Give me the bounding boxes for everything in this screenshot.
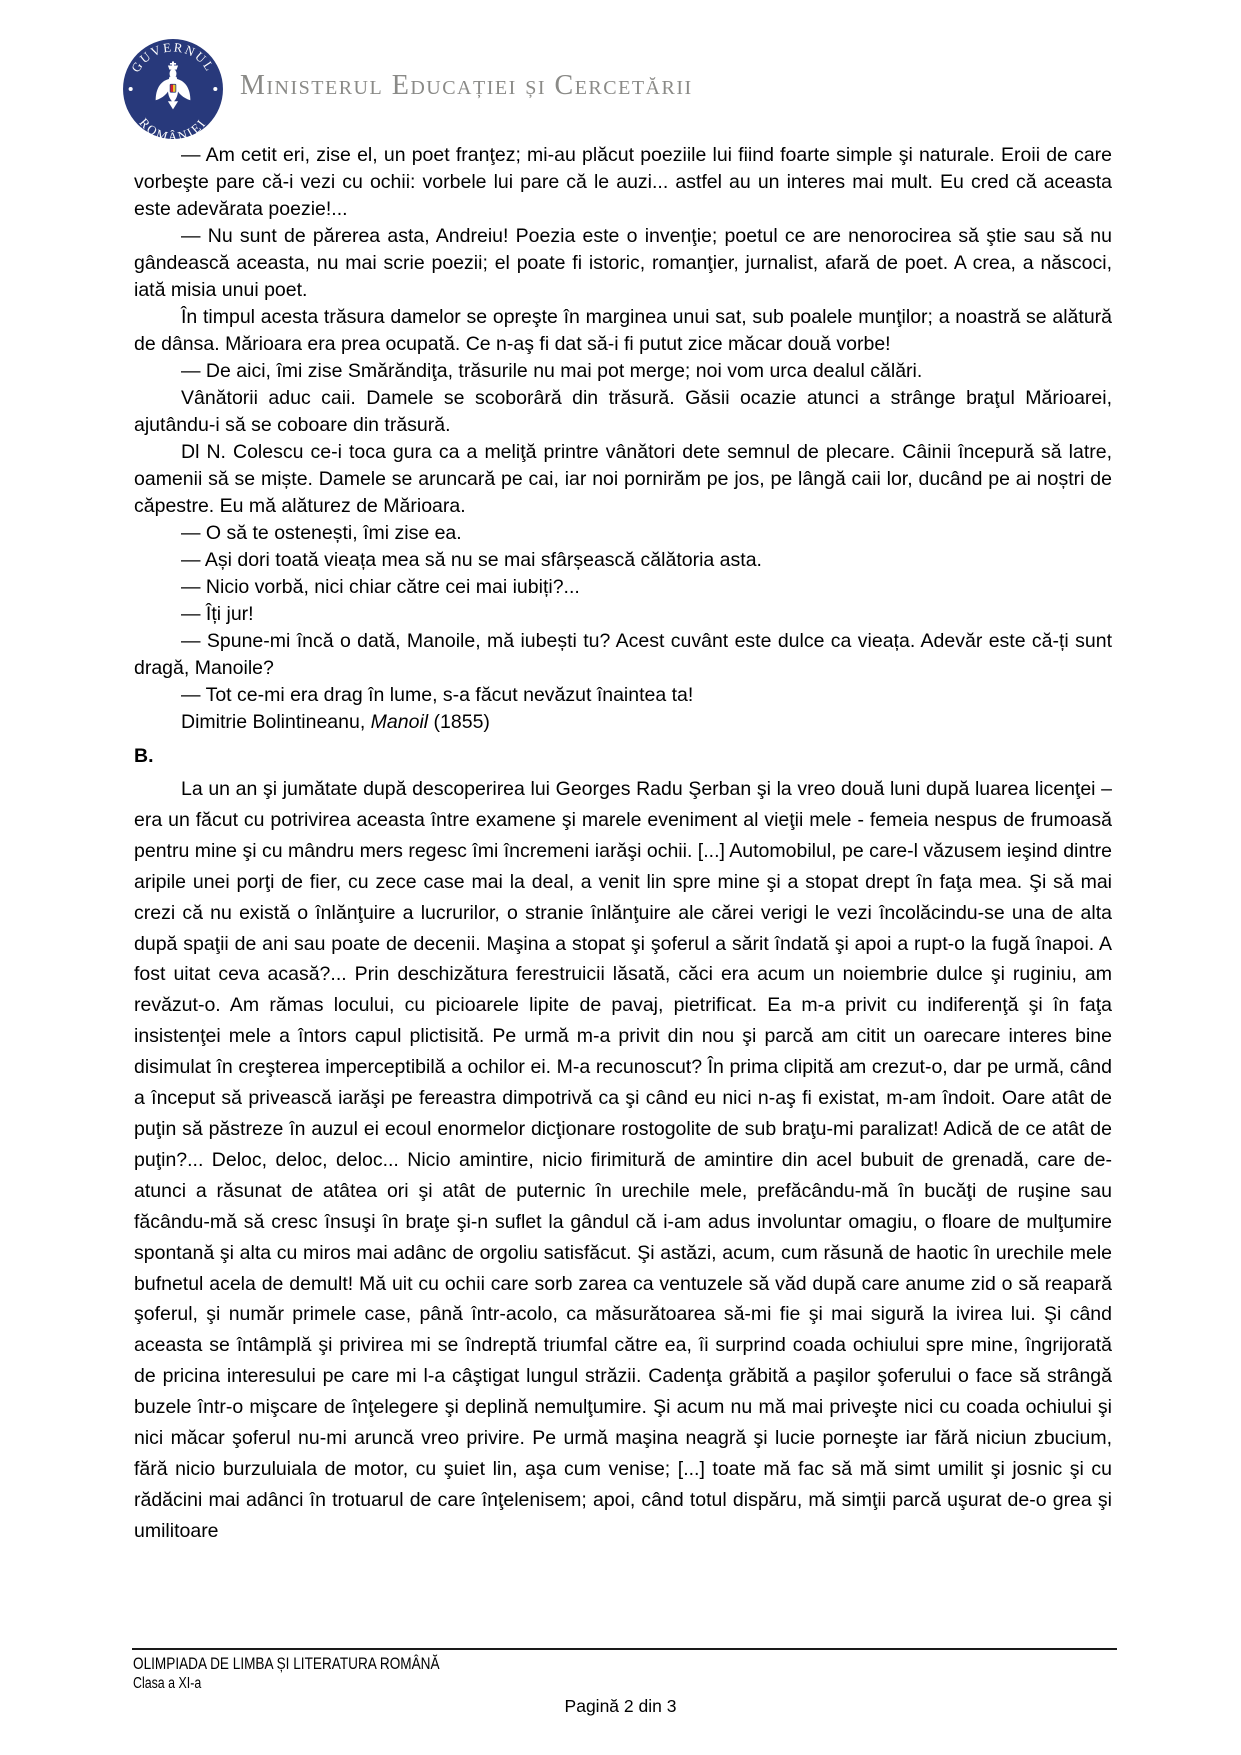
paragraph: — Nu sunt de părerea asta, Andreiu! Poez…: [134, 223, 1112, 304]
paragraph: — Ași dori toată vieața mea să nu se mai…: [134, 547, 1112, 574]
section-b-label: B.: [134, 743, 1112, 769]
paragraph: — De aici, îmi zise Smărăndiţa, trăsuril…: [134, 358, 1112, 385]
attribution-author: Dimitrie Bolintineanu,: [181, 711, 371, 733]
document-body: — Am cetit eri, zise el, un poet franţez…: [134, 142, 1112, 1547]
footer-divider: [132, 1648, 1117, 1650]
paragraph: — Nicio vorbă, nici chiar către cei mai …: [134, 574, 1112, 601]
text-fragment-a: — Am cetit eri, zise el, un poet franţez…: [134, 142, 1112, 736]
government-logo: GUVERNUL ROMÂNIEI: [122, 38, 224, 140]
paragraph: — Îți jur!: [134, 601, 1112, 628]
document-page: GUVERNUL ROMÂNIEI Ministeru: [0, 0, 1241, 1755]
page-number: Pagină 2 din 3: [0, 1696, 1241, 1717]
paragraph: — Am cetit eri, zise el, un poet franţez…: [134, 142, 1112, 223]
footer-olympiad-title: OLIMPIADA DE LIMBA ȘI LITERATURA ROMÂNĂ: [133, 1654, 440, 1674]
source-attribution: Dimitrie Bolintineanu, Manoil (1855): [134, 709, 1112, 736]
attribution-work-title: Manoil: [371, 711, 428, 733]
attribution-year: (1855): [428, 711, 490, 733]
paragraph: — O să te ostenești, îmi zise ea.: [134, 520, 1112, 547]
romanian-government-seal-icon: GUVERNUL ROMÂNIEI: [122, 38, 224, 140]
paragraph: — Tot ce-mi era drag în lume, s-a făcut …: [134, 682, 1112, 709]
paragraph: Dl N. Colescu ce-i toca gura ca a meliţă…: [134, 439, 1112, 520]
text-fragment-b: La un an şi jumătate după descoperirea l…: [134, 774, 1112, 1547]
paragraph: — Spune-mi încă o dată, Manoile, mă iube…: [134, 628, 1112, 682]
paragraph: În timpul acesta trăsura damelor se opre…: [134, 304, 1112, 358]
footer-grade-label: Clasa a XI-a: [133, 1675, 201, 1693]
paragraph: Vânătorii aduc caii. Damele se scoborâră…: [134, 385, 1112, 439]
ministry-title: Ministerul Educației și Cercetării: [240, 70, 693, 102]
